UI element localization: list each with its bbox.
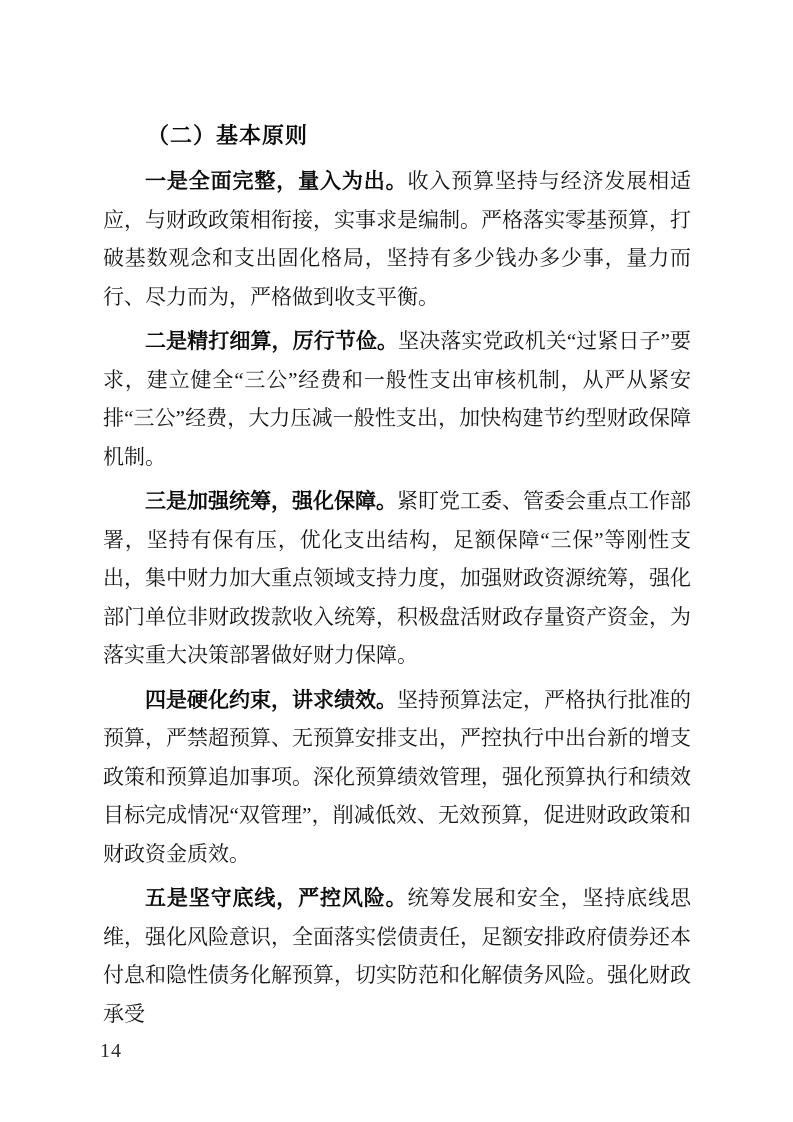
paragraph-body: 紧盯党工委、管委会重点工作部署，坚持有保有压，优化支出结构，足额保障“三保”等刚…: [103, 489, 691, 667]
paragraph: 五是坚守底线，严控风险。统筹发展和安全，坚持底线思维，强化风险意识，全面落实偿债…: [103, 879, 691, 1033]
document-page: （二）基本原则 一是全面完整，量入为出。收入预算坚持与经济发展相适应，与财政政策…: [0, 0, 793, 1122]
paragraph: 一是全面完整，量入为出。收入预算坚持与经济发展相适应，与财政政策相衔接，实事求是…: [103, 162, 691, 316]
section-heading: （二）基本原则: [103, 116, 691, 156]
paragraph: 二是精打细算，厉行节俭。坚决落实党政机关“过紧日子”要求，建立健全“三公”经费和…: [103, 322, 691, 476]
paragraph-lead: 五是坚守底线，严控风险。: [145, 886, 408, 910]
paragraph-lead: 一是全面完整，量入为出。: [145, 169, 408, 193]
paragraph-lead: 三是加强统筹，强化保障。: [145, 489, 397, 513]
paragraph: 四是硬化约束，讲求绩效。坚持预算法定，严格执行批准的预算，严禁超预算、无预算安排…: [103, 681, 691, 874]
paragraph-body: 坚持预算法定，严格执行批准的预算，严禁超预算、无预算安排支出，严控执行中出台新的…: [103, 688, 691, 866]
paragraph-lead: 二是精打细算，厉行节俭。: [145, 329, 398, 353]
page-number: 14: [100, 1038, 122, 1064]
document-content: （二）基本原则 一是全面完整，量入为出。收入预算坚持与经济发展相适应，与财政政策…: [103, 116, 691, 1033]
paragraph-lead: 四是硬化约束，讲求绩效。: [145, 688, 397, 712]
paragraph: 三是加强统筹，强化保障。紧盯党工委、管委会重点工作部署，坚持有保有压，优化支出结…: [103, 482, 691, 675]
